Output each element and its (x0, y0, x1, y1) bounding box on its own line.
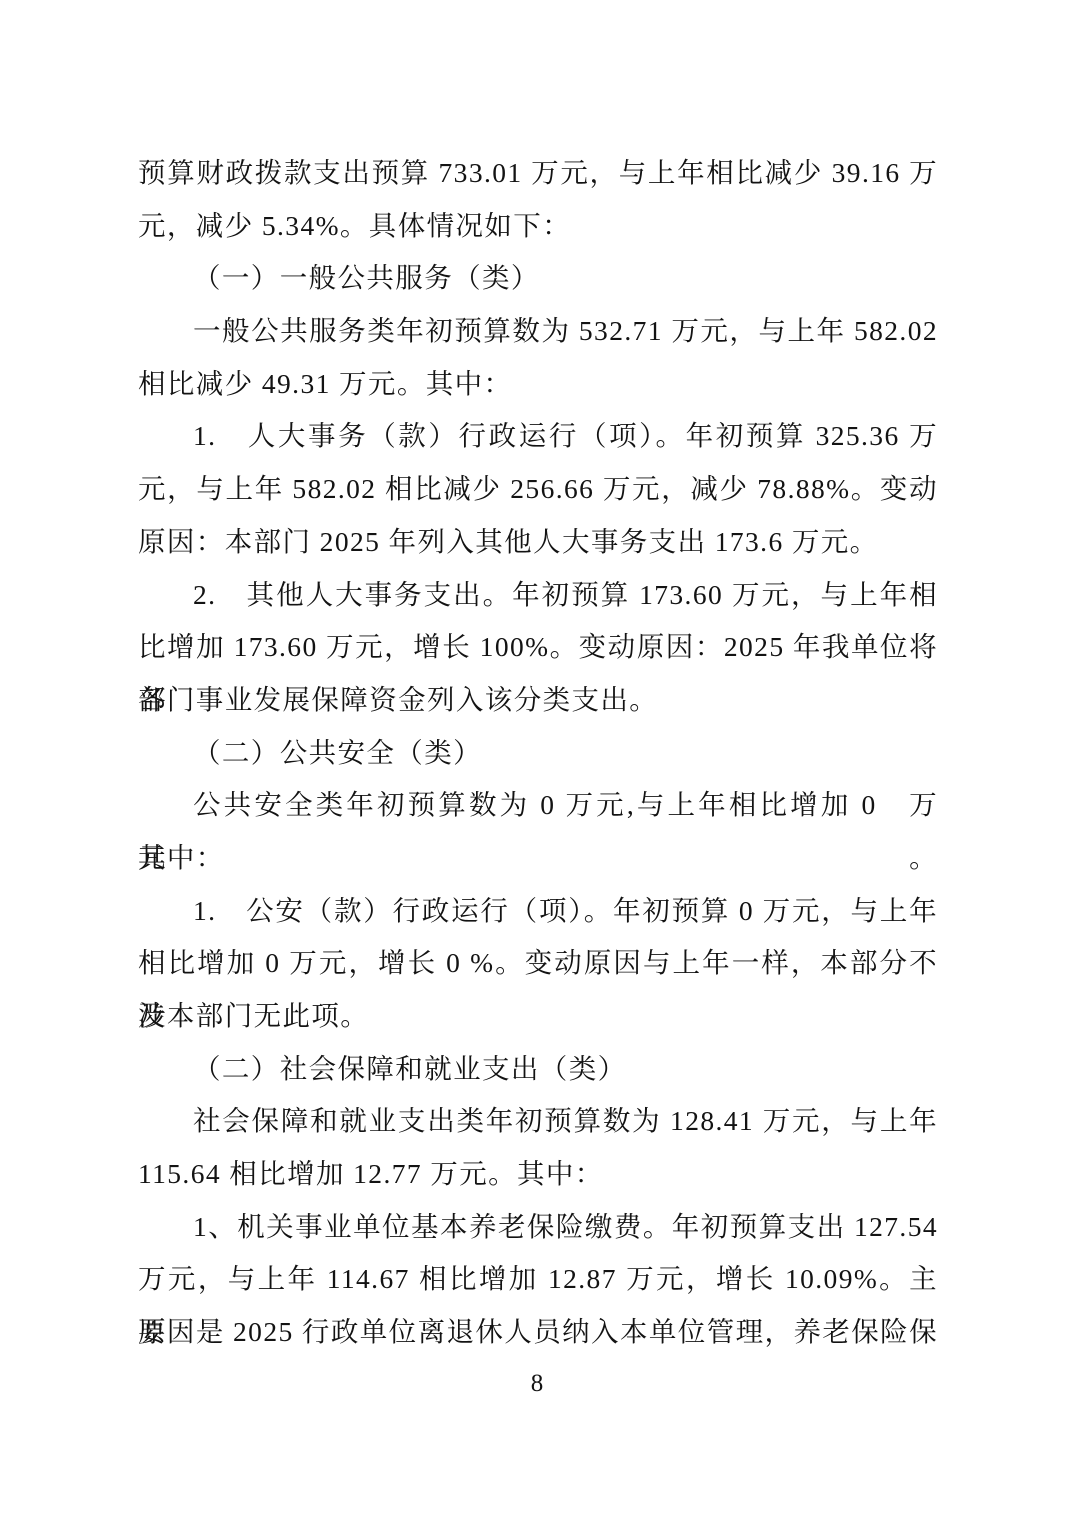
doc-line: 社会保障和就业支出类年初预算数为 128.41 万元，与上年 (138, 1095, 938, 1148)
doc-line: 预算财政拨款支出预算 733.01 万元，与上年相比减少 39.16 万 (138, 147, 938, 200)
doc-line: 原因是 2025 行政单位离退休人员纳入本单位管理，养老保险保 (138, 1306, 938, 1359)
doc-line: 元，减少 5.34%。具体情况如下： (138, 200, 938, 253)
document-page: 预算财政拨款支出预算 733.01 万元，与上年相比减少 39.16 万 元，减… (0, 0, 1074, 1520)
heading-section-2-social-security-employment: （二）社会保障和就业支出（类） (138, 1043, 938, 1096)
doc-line: 相比增加 0 万元，增长 0 %。变动原因与上年一样，本部分不涉 (138, 937, 938, 990)
doc-line: 相比减少 49.31 万元。其中： (138, 358, 938, 411)
item-1-pension-insurance: 1、机关事业单位基本养老保险缴费。年初预算支出 127.54 (138, 1201, 938, 1254)
doc-line: 原因：本部门 2025 年列入其他人大事务支出 173.6 万元。 (138, 516, 938, 569)
doc-line: 元，与上年 582.02 相比减少 256.66 万元，减少 78.88%。变动 (138, 463, 938, 516)
doc-line: 部门事业发展保障资金列入该分类支出。 (138, 674, 938, 727)
doc-line: 万元，与上年 114.67 相比增加 12.87 万元，增长 10.09%。主要 (138, 1253, 938, 1306)
heading-section-2-public-security: （二）公共安全（类） (138, 727, 938, 780)
doc-line: 比增加 173.60 万元，增长 100%。变动原因：2025 年我单位将各 (138, 621, 938, 674)
item-2-other-renda-affairs: 2. 其他人大事务支出。年初预算 173.60 万元，与上年相 (138, 569, 938, 622)
item-1-renda-affairs: 1. 人大事务（款）行政运行（项）。年初预算 325.36 万 (138, 410, 938, 463)
text-block: 预算财政拨款支出预算 733.01 万元，与上年相比减少 39.16 万 元，减… (138, 147, 938, 1359)
doc-line: 及本部门无此项。 (138, 990, 938, 1043)
heading-section-1-general-public-services: （一）一般公共服务（类） (138, 252, 938, 305)
item-1-public-security: 1. 公安（款）行政运行（项）。年初预算 0 万元，与上年 (138, 885, 938, 938)
page-number: 8 (0, 1370, 1074, 1398)
doc-line: 一般公共服务类年初预算数为 532.71 万元，与上年 582.02 (138, 305, 938, 358)
doc-line: 公共安全类年初预算数为 0 万元,与上年相比增加 0 万元。 (138, 779, 938, 832)
doc-line: 115.64 相比增加 12.77 万元。其中： (138, 1148, 938, 1201)
